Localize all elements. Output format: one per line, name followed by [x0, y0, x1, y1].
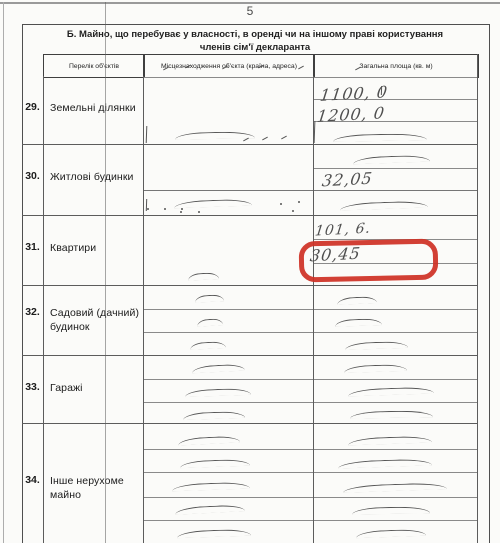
table-grid-line	[22, 215, 477, 216]
table-grid-line	[143, 402, 477, 403]
row-30-number: 30.	[22, 170, 43, 182]
table-column-line	[313, 76, 314, 543]
row-29-number: 29.	[22, 101, 43, 113]
table-grid-line	[313, 168, 477, 169]
table-grid-line	[143, 520, 477, 521]
declaration-page: 5 Б. Майно, що перебуває у власності, в …	[0, 0, 500, 543]
pen-mark	[180, 211, 182, 213]
row-33-label: Гаражі	[50, 381, 142, 395]
table-column-line	[143, 76, 144, 543]
handwritten-area-1200: 1200, 0	[316, 103, 386, 126]
scan-fold-line	[105, 2, 106, 543]
row-31-number: 31.	[22, 241, 43, 253]
table-grid-line	[143, 309, 477, 310]
table-grid-line	[22, 285, 477, 286]
table-grid-line	[22, 355, 477, 356]
table-grid-line	[143, 472, 477, 473]
page-left-edge-line	[3, 2, 4, 543]
table-grid-line	[143, 379, 477, 380]
table-grid-line	[143, 77, 477, 78]
row-31-label: Квартири	[50, 241, 142, 255]
handwritten-area-3205: 32,05	[321, 169, 374, 191]
red-marker-circle	[299, 239, 439, 283]
pen-mark	[292, 210, 294, 212]
col-header-location: Місцезнаходження об'єкта (країна, адреса…	[143, 54, 315, 78]
table-grid-line	[143, 190, 477, 191]
row-32-label: Садовий (дачний)будинок	[50, 306, 142, 334]
pen-mark	[147, 208, 149, 210]
table-grid-line	[22, 144, 477, 145]
pen-mark	[280, 203, 282, 205]
pen-mark	[164, 208, 166, 210]
row-33-number: 33.	[22, 381, 43, 393]
row-34-label: Інше нерухомемайно	[50, 474, 142, 502]
col-header-objects: Перелік об'єктів	[43, 54, 145, 78]
row-34-number: 34.	[22, 474, 43, 486]
section-b-title-line2: членів сім'ї декларанта	[22, 41, 488, 54]
pen-mark	[181, 208, 183, 210]
table-column-line	[477, 54, 478, 543]
page-number: 5	[0, 4, 500, 18]
pen-mark	[198, 211, 200, 213]
section-b-title: Б. Майно, що перебуває у власності, в ор…	[22, 28, 488, 54]
section-letter: Б.	[67, 29, 76, 40]
handwritten-area-1016: 101, 6.	[314, 220, 372, 239]
section-b-title-line1: Б. Майно, що перебуває у власності, в ор…	[22, 28, 488, 41]
pen-mark	[298, 201, 300, 203]
table-column-line	[43, 76, 44, 543]
table-grid-line	[143, 449, 477, 450]
table-grid-line	[143, 332, 477, 333]
handwritten-area-1100: 1100, 0	[319, 82, 389, 105]
table-grid-line	[143, 497, 477, 498]
col-header-area: Загальна площа (кв. м)	[313, 54, 479, 78]
row-30-label: Житлові будинки	[50, 170, 142, 184]
table-grid-line	[22, 423, 477, 424]
row-29-label: Земельні ділянки	[50, 101, 142, 115]
row-32-number: 32.	[22, 306, 43, 318]
